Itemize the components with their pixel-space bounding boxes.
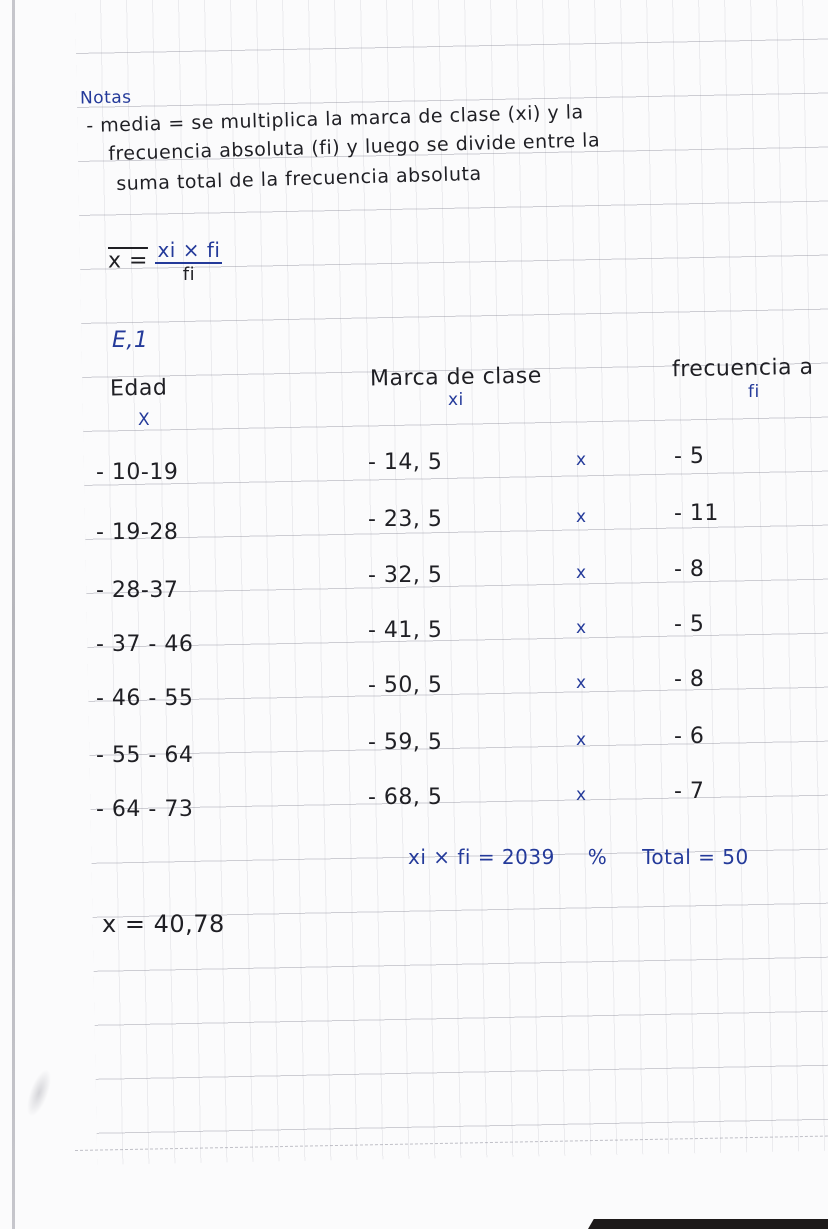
multiply-symbol: x	[576, 563, 587, 583]
cell-edad: - 37 - 46	[96, 632, 193, 657]
cell-marca-de-clase: - 23, 5	[368, 507, 442, 532]
cell-edad: - 10-19	[96, 460, 178, 485]
multiply-symbol: x	[576, 618, 587, 638]
page-smudge	[22, 1066, 56, 1119]
formula-fraction: xi × fi fi	[155, 238, 222, 285]
cell-marca-de-clase: - 41, 5	[368, 618, 442, 643]
cell-frecuencia: - 11	[674, 501, 719, 526]
formula-lhs: x =	[108, 249, 148, 274]
header-symbol-xi: xi	[448, 390, 464, 410]
exercise-label: E,1	[112, 328, 148, 353]
mean-result: x = 40,78	[102, 910, 225, 938]
cell-frecuencia: - 8	[674, 667, 704, 692]
cell-edad: - 55 - 64	[96, 743, 193, 768]
cell-edad: - 19-28	[96, 520, 178, 545]
cell-marca-de-clase: - 14, 5	[368, 450, 442, 475]
desk-shadow	[588, 1219, 828, 1229]
product-sum: xi × fi = 2039	[408, 845, 555, 869]
cell-marca-de-clase: - 59, 5	[368, 730, 442, 755]
cell-marca-de-clase: - 50, 5	[368, 673, 442, 698]
cell-edad: - 64 - 73	[96, 797, 193, 822]
mean-formula: x = xi × fi fi	[108, 238, 222, 285]
notes-title: Notas	[80, 88, 132, 109]
formula-denominator: fi	[155, 264, 222, 285]
divide-symbol: %	[588, 845, 608, 869]
multiply-symbol: x	[576, 673, 587, 693]
header-frecuencia: frecuencia a	[672, 355, 814, 382]
cell-frecuencia: - 7	[674, 779, 704, 804]
multiply-symbol: x	[576, 730, 587, 750]
cell-marca-de-clase: - 32, 5	[368, 563, 442, 588]
summary-line: xi × fi = 2039 % Total = 50	[408, 845, 749, 869]
multiply-symbol: x	[576, 785, 587, 805]
cell-edad: - 46 - 55	[96, 686, 193, 711]
header-symbol-fi: fi	[748, 382, 760, 402]
formula-numerator: xi × fi	[155, 238, 222, 264]
cell-marca-de-clase: - 68, 5	[368, 785, 442, 810]
multiply-symbol: x	[576, 507, 587, 527]
frequency-total: Total = 50	[642, 845, 749, 869]
cell-edad: - 28-37	[96, 578, 178, 603]
header-marca-de-clase: Marca de clase	[370, 364, 542, 392]
cell-frecuencia: - 8	[674, 557, 704, 582]
header-edad: Edad	[110, 376, 168, 402]
multiply-symbol: x	[576, 450, 587, 470]
notebook-binding-edge	[12, 0, 15, 1229]
header-symbol-x: X	[138, 410, 150, 430]
notebook-page: Notas - media = se multiplica la marca d…	[0, 0, 828, 1229]
cell-frecuencia: - 5	[674, 612, 704, 637]
cell-frecuencia: - 5	[674, 444, 704, 469]
cell-frecuencia: - 6	[674, 724, 704, 749]
